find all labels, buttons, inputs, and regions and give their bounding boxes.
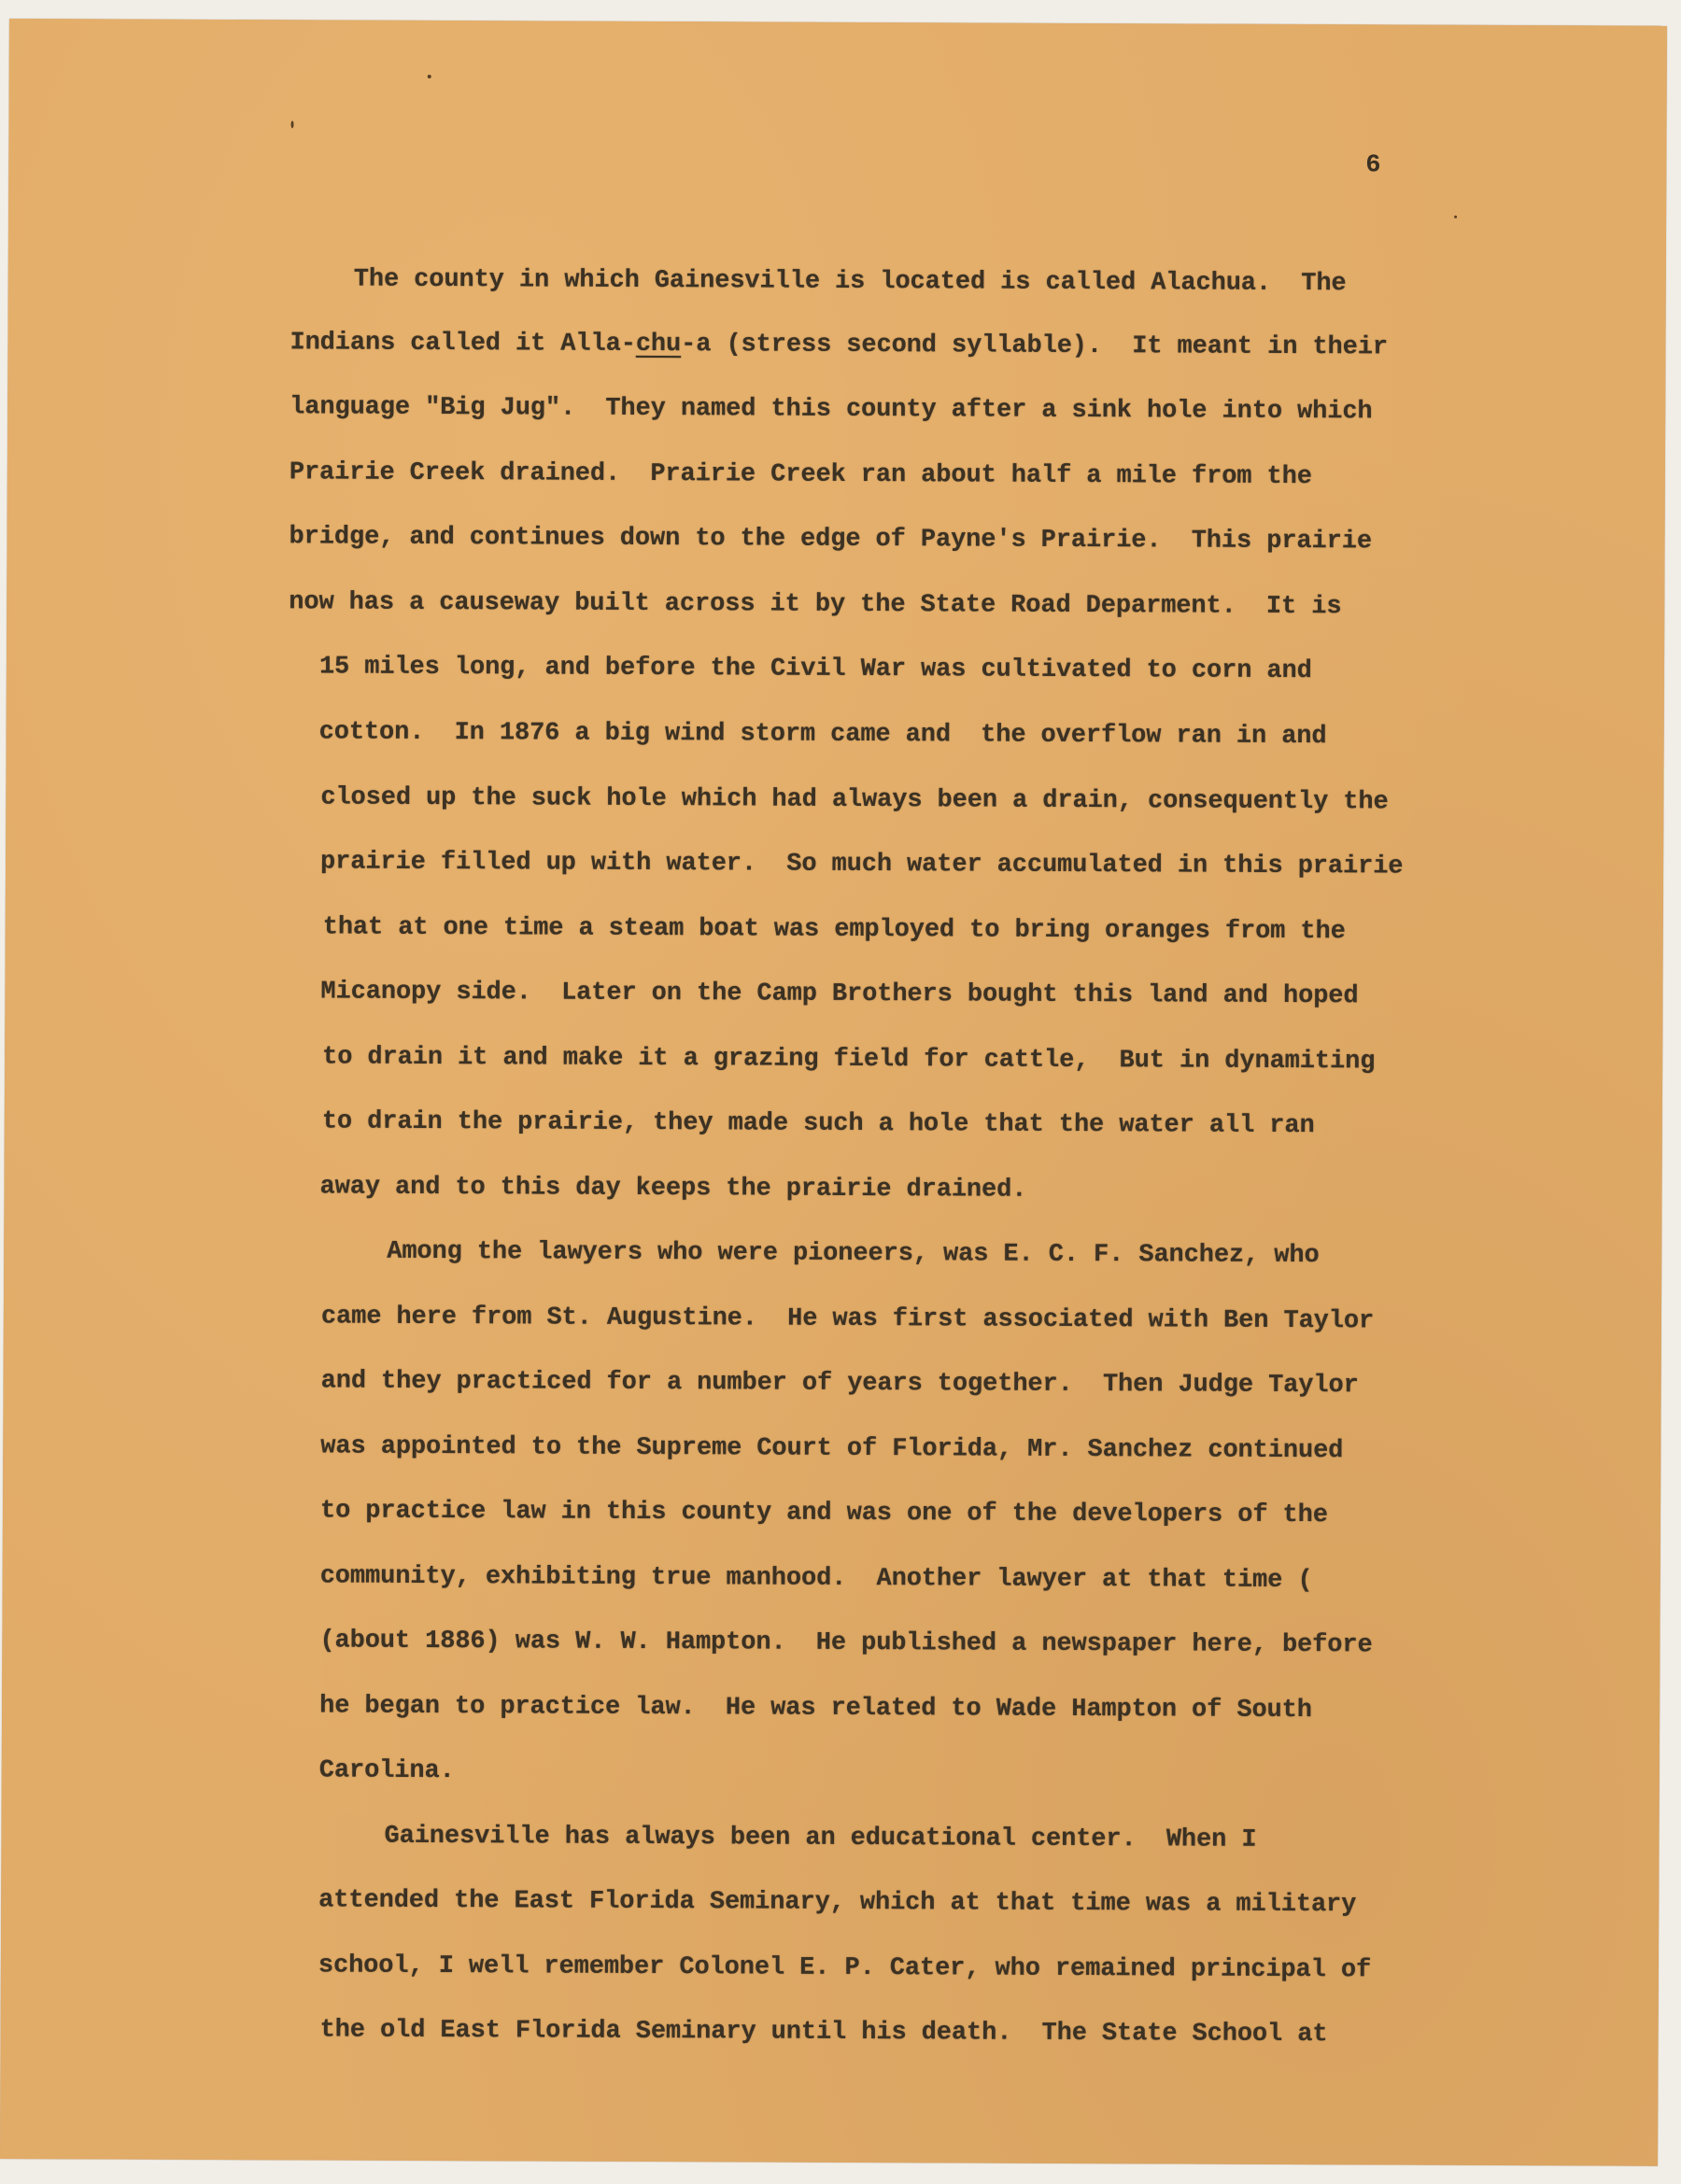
text-line: bridge, and continues down to the edge o… xyxy=(290,520,1373,558)
text-line: the old East Florida Seminary until his … xyxy=(320,2013,1328,2051)
typewritten-page: 6 The county in which Gainesville is loc… xyxy=(0,19,1667,2166)
text-line: Gainesville has always been an education… xyxy=(384,1820,1256,1857)
text-line: Carolina. xyxy=(319,1754,455,1788)
text-line: Among the lawyers who were pioneers, was… xyxy=(387,1235,1320,1273)
paper-speck xyxy=(428,75,431,78)
text-line: to practice law in this county and was o… xyxy=(320,1494,1328,1532)
text-line: Indians called it Alla-chu-a (stress sec… xyxy=(290,326,1388,364)
text-line: Prairie Creek drained. Prairie Creek ran… xyxy=(290,456,1312,494)
text-line: community, exhibiting true manhood. Anot… xyxy=(320,1559,1313,1598)
paper-speck xyxy=(1454,216,1457,218)
text-line: away and to this day keeps the prairie d… xyxy=(319,1170,1026,1206)
text-line: closed up the suck hole which had always… xyxy=(320,781,1388,819)
paragraph-alachua: The county in which Gainesville is locat… xyxy=(9,19,1667,26)
paragraph-lawyers: Among the lawyers who were pioneers, was… xyxy=(9,19,1667,26)
text-line: (about 1886) was W. W. Hampton. He publi… xyxy=(319,1624,1372,1662)
paper-speck xyxy=(290,120,293,128)
text-line: school, I well remember Colonel E. P. Ca… xyxy=(318,1949,1371,1987)
text-line: and they practiced for a number of years… xyxy=(321,1364,1359,1402)
text-line: that at one time a steam boat was employ… xyxy=(323,910,1346,949)
page-number: 6 xyxy=(1365,151,1380,179)
text-line: attended the East Florida Seminary, whic… xyxy=(318,1883,1356,1922)
text-line: to drain it and make it a grazing field … xyxy=(322,1040,1375,1078)
text-line: The county in which Gainesville is locat… xyxy=(354,263,1347,302)
text-line: 15 miles long, and before the Civil War … xyxy=(319,650,1312,688)
text-line: he began to practice law. He was related… xyxy=(319,1689,1312,1727)
text-line: Micanopy side. Later on the Camp Brother… xyxy=(320,975,1358,1013)
paragraph-education: Gainesville has always been an education… xyxy=(9,19,1667,26)
text-line: prairie filled up with water. So much wa… xyxy=(320,845,1404,883)
text-line: now has a causeway built across it by th… xyxy=(289,585,1341,624)
underlined-syllable: chu xyxy=(636,331,681,359)
text-line: to drain the prairie, they made such a h… xyxy=(322,1105,1315,1143)
text-segment: Indians called it Alla- xyxy=(290,329,636,359)
text-line: came here from St. Augustine. He was fir… xyxy=(321,1300,1374,1338)
text-line: cotton. In 1876 a big wind storm came an… xyxy=(319,715,1327,754)
text-line: was appointed to the Supreme Court of Fl… xyxy=(320,1430,1343,1468)
text-line: language "Big Jug". They named this coun… xyxy=(290,390,1373,429)
text-segment: -a (stress second syllable). It meant in… xyxy=(681,331,1388,361)
